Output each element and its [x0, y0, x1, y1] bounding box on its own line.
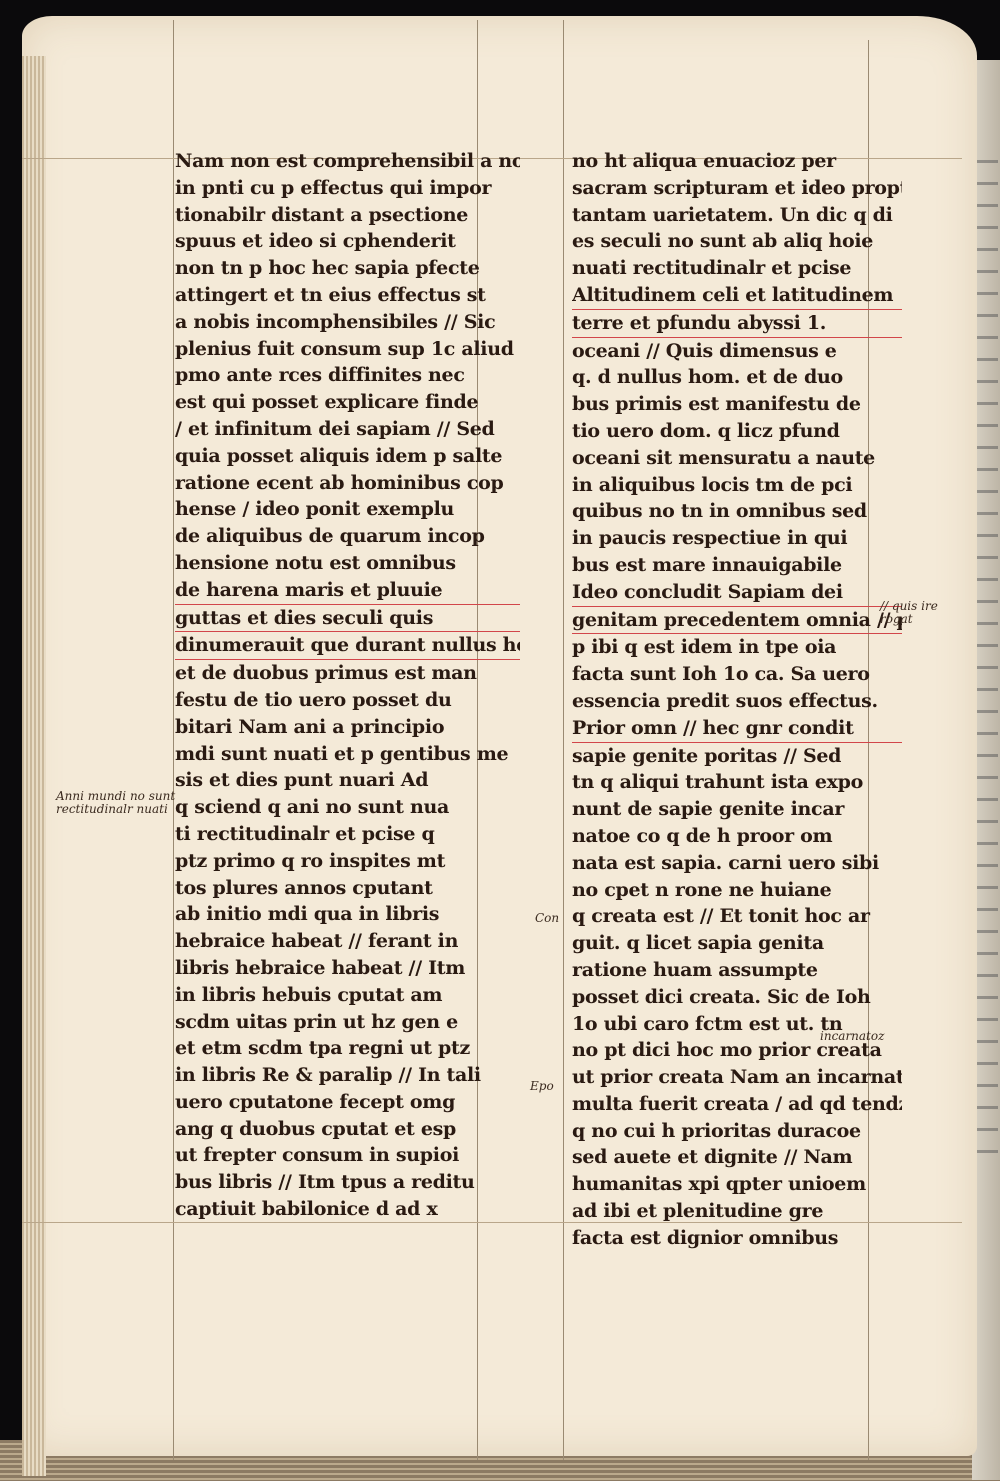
text-line: de harena maris et pluuie: [175, 577, 520, 605]
text-line: Prior omn // hec gnr condit: [572, 715, 902, 743]
text-line: in pnti cu p effectus qui impor: [175, 175, 520, 202]
text-line: libris hebraice habeat // Itm: [175, 955, 520, 982]
text-line: scdm uitas prin ut hz gen e: [175, 1009, 520, 1036]
text-line: tn q aliqui trahunt ista expo: [572, 769, 902, 796]
text-line: bitari Nam ani a principio: [175, 714, 520, 741]
text-line: non tn p hoc hec sapia pfecte: [175, 255, 520, 282]
text-line: nuati rectitudinalr et pcise: [572, 255, 902, 282]
marginal-note-epo: Epo: [530, 1080, 554, 1093]
text-line: uero cputatone fecept omg: [175, 1089, 520, 1116]
text-line: hensione notu est omnibus: [175, 550, 520, 577]
text-line: ang q duobus cputat et esp: [175, 1116, 520, 1143]
text-line: attingert et tn eius effectus st: [175, 282, 520, 309]
text-line: ab initio mdi qua in libris: [175, 901, 520, 928]
text-line: Ideo concludit Sapiam dei: [572, 579, 902, 607]
text-column-left: Nam non est comprehensibil a nobin pnti …: [175, 148, 520, 1223]
marginal-note-con: Con: [535, 912, 559, 925]
text-line: est qui posset explicare finde: [175, 389, 520, 416]
text-line: dinumerauit que durant nullus hom: [175, 632, 520, 660]
text-line: genitam precedentem omnia // p: [572, 607, 902, 635]
text-line: in paucis respectiue in qui: [572, 525, 902, 552]
text-line: in libris hebuis cputat am: [175, 982, 520, 1009]
text-line: sis et dies punt nuari Ad: [175, 767, 520, 794]
page-block-edge-left: [22, 56, 46, 1476]
text-line: in libris Re & paralip // In tali: [175, 1062, 520, 1089]
text-line: quia posset aliquis idem p salte: [175, 443, 520, 470]
text-line: guit. q licet sapia genita: [572, 930, 902, 957]
text-line: et de duobus primus est man: [175, 660, 520, 687]
text-line: terre et pfundu abyssi 1.: [572, 310, 902, 338]
text-line: in aliquibus locis tm de pci: [572, 472, 902, 499]
text-line: sapie genite poritas // Sed: [572, 743, 902, 770]
text-line: nunt de sapie genite incar: [572, 796, 902, 823]
text-line: ratione ecent ab hominibus cop: [175, 470, 520, 497]
text-line: mdi sunt nuati et p gentibus me: [175, 741, 520, 768]
text-line: facta sunt Ioh 1o ca. Sa uero: [572, 661, 902, 688]
text-line: oceani // Quis dimensus e: [572, 338, 902, 365]
text-line: de aliquibus de quarum incop: [175, 523, 520, 550]
marginal-note-anni-mundi: Anni mundi no sunt rectitudinalr nuati: [56, 790, 176, 816]
text-line: oceani sit mensuratu a naute: [572, 445, 902, 472]
text-line: tionabilr distant a psectione: [175, 202, 520, 229]
text-line: posset dici creata. Sic de Ioh: [572, 984, 902, 1011]
text-line: plenius fuit consum sup 1c aliud: [175, 336, 520, 363]
text-line: no cpet n rone ne huiane: [572, 877, 902, 904]
interlinear-note: incarnatoz: [820, 1030, 884, 1043]
text-line: captiuit babilonice d ad x: [175, 1196, 520, 1223]
text-line: quibus no tn in omnibus sed: [572, 498, 902, 525]
text-line: sed auete et dignite // Nam: [572, 1144, 902, 1171]
text-column-right: no ht aliqua enuacioz persacram scriptur…: [572, 148, 902, 1252]
text-line: bus est mare innauigabile: [572, 552, 902, 579]
text-line: / et infinitum dei sapiam // Sed: [175, 416, 520, 443]
text-line: festu de tio uero posset du: [175, 687, 520, 714]
text-line: sacram scripturam et ideo propter: [572, 175, 902, 202]
text-line: nata est sapia. carni uero sibi: [572, 850, 902, 877]
text-line: tantam uarietatem. Un dic q di: [572, 202, 902, 229]
facing-page-text-lines: [976, 160, 998, 1160]
text-line: guttas et dies seculi quis: [175, 605, 520, 633]
text-line: q no cui h prioritas duracoe: [572, 1118, 902, 1145]
text-line: es seculi no sunt ab aliq hoie: [572, 228, 902, 255]
text-line: no ht aliqua enuacioz per: [572, 148, 902, 175]
marginal-note-quis-ire: // quis ire rogat: [880, 600, 960, 626]
ruling-right-outer: [563, 20, 564, 1460]
text-line: Nam non est comprehensibil a nob: [175, 148, 520, 175]
text-line: spuus et ideo si cphenderit: [175, 228, 520, 255]
text-line: bus primis est manifestu de: [572, 391, 902, 418]
text-line: ad ibi et plenitudine gre: [572, 1198, 902, 1225]
text-line: q creata est // Et tonit hoc ar: [572, 903, 902, 930]
text-line: ut frepter consum in supioi: [175, 1142, 520, 1169]
text-line: essencia predit suos effectus.: [572, 688, 902, 715]
text-line: tos plures annos cputant: [175, 875, 520, 902]
text-line: bus libris // Itm tpus a reditu: [175, 1169, 520, 1196]
text-line: ptz primo q ro inspites mt: [175, 848, 520, 875]
text-line: multa fuerit creata / ad qd tendz: [572, 1091, 902, 1118]
text-line: ti rectitudinalr et pcise q: [175, 821, 520, 848]
text-line: a nobis incomphensibiles // Sic: [175, 309, 520, 336]
text-line: hense / ideo ponit exemplu: [175, 496, 520, 523]
text-line: q sciend q ani no sunt nua: [175, 794, 520, 821]
text-line: humanitas xpi qpter unioem: [572, 1171, 902, 1198]
ruling-left-outer: [173, 20, 174, 1460]
text-line: et etm scdm tpa regni ut ptz: [175, 1035, 520, 1062]
text-line: natoe co q de h proor om: [572, 823, 902, 850]
text-line: tio uero dom. q licz pfund: [572, 418, 902, 445]
text-line: ut prior creata Nam an incarnatoz: [572, 1064, 902, 1091]
text-line: pmo ante rces diffinites nec: [175, 362, 520, 389]
text-line: facta est dignior omnibus: [572, 1225, 902, 1252]
text-line: q. d nullus hom. et de duo: [572, 364, 902, 391]
text-line: ratione huam assumpte: [572, 957, 902, 984]
text-line: hebraice habeat // ferant in: [175, 928, 520, 955]
text-line: p ibi q est idem in tpe oia: [572, 634, 902, 661]
text-line: Altitudinem celi et latitudinem: [572, 282, 902, 310]
